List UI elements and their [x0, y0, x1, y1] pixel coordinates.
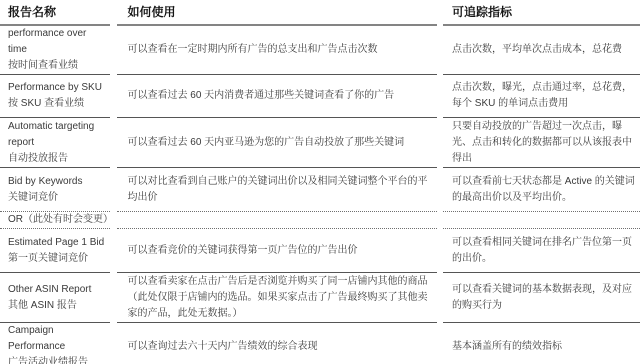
metrics-cell: 只要自动投放的广告超过一次点击，曝光、点击和转化的数据都可以从该报表中得出: [443, 118, 640, 168]
usage-cell: 可以查看过去 60 天内消费者通过那些关键词查看了你的广告: [117, 75, 437, 118]
report-table: 报告名称 如何使用 可追踪指标 performance over time 按时…: [0, 0, 640, 364]
metrics-cell: 可以查看相同关键词在排名广告位第一页的出价。: [443, 229, 640, 273]
usage-cell: 可以查看竞价的关键词获得第一页广告位的广告出价: [117, 229, 437, 273]
or-divider-row: OR（此处有时会变更）: [0, 211, 640, 229]
column-header-report-name: 报告名称: [0, 0, 110, 26]
report-name-cell: Campaign Performance 广告活动业绩报告: [0, 323, 110, 364]
metrics-cell: 可以查看关键词的基本数据表现，及对应的购买行为: [443, 273, 640, 323]
usage-cell: 可以查询过去六十天内广告绩效的综合表现: [117, 323, 437, 364]
report-name-cn: 第一页关键词竞价: [8, 251, 108, 267]
report-name-cell: performance over time 按时间查看业绩: [0, 26, 110, 75]
table-row: Estimated Page 1 Bid 第一页关键词竞价 可以查看竞价的关键词…: [0, 229, 640, 273]
report-name-en: Campaign Performance: [8, 323, 108, 355]
empty-cell: [443, 211, 640, 229]
metrics-cell: 可以查看前七天状态都是 Active 的关键词的最高出价以及平均出价。: [443, 168, 640, 211]
or-label-cell: OR（此处有时会变更）: [0, 211, 110, 229]
usage-cell: 可以查看卖家在点击广告后是否浏览并购买了同一店铺内其他的商品（此处仅限于店铺内的…: [117, 273, 437, 323]
report-name-cn: 广告活动业绩报告: [8, 355, 108, 364]
usage-cell: 可以查看过去 60 天内亚马逊为您的广告自动投放了那些关键词: [117, 118, 437, 168]
report-name-cn: 关键词竞价: [8, 190, 108, 206]
column-header-how-to-use: 如何使用: [117, 0, 437, 26]
report-name-cn: 自动投放报告: [8, 151, 108, 167]
report-name-cell: Performance by SKU 按 SKU 查看业绩: [0, 75, 110, 118]
report-name-cell: Automatic targeting report 自动投放报告: [0, 118, 110, 168]
metrics-cell: 点击次数，平均单次点击成本，总花费: [443, 26, 640, 75]
ad-reports-table-page: 报告名称 如何使用 可追踪指标 performance over time 按时…: [0, 0, 640, 364]
empty-cell: [117, 211, 437, 229]
report-name-cell: Estimated Page 1 Bid 第一页关键词竞价: [0, 229, 110, 273]
report-name-en: Performance by SKU: [8, 80, 108, 96]
usage-cell: 可以对比查看到自己账户的关键词出价以及相同关键词整个平台的平均出价: [117, 168, 437, 211]
report-name-en: Bid by Keywords: [8, 174, 108, 190]
report-name-cell: Other ASIN Report 其他 ASIN 报告: [0, 273, 110, 323]
usage-cell: 可以查看在一定时期内所有广告的总支出和广告点击次数: [117, 26, 437, 75]
table-row: Performance by SKU 按 SKU 查看业绩 可以查看过去 60 …: [0, 75, 640, 118]
report-name-cn: 按时间查看业绩: [8, 58, 108, 74]
table-header-row: 报告名称 如何使用 可追踪指标: [0, 0, 640, 26]
report-name-en: Other ASIN Report: [8, 282, 108, 298]
table-row: performance over time 按时间查看业绩 可以查看在一定时期内…: [0, 26, 640, 75]
table-row: Campaign Performance 广告活动业绩报告 可以查询过去六十天内…: [0, 323, 640, 364]
metrics-cell: 基本涵盖所有的绩效指标: [443, 323, 640, 364]
report-name-en: Automatic targeting report: [8, 119, 108, 151]
report-name-cn: 其他 ASIN 报告: [8, 298, 108, 314]
report-name-en: performance over time: [8, 26, 108, 58]
column-header-trackable-metrics: 可追踪指标: [443, 0, 640, 26]
report-name-cn: 按 SKU 查看业绩: [8, 96, 108, 112]
metrics-cell: 点击次数，曝光，点击通过率，总花费，每个 SKU 的单词点击费用: [443, 75, 640, 118]
table-row: Other ASIN Report 其他 ASIN 报告 可以查看卖家在点击广告…: [0, 273, 640, 323]
table-row: Bid by Keywords 关键词竞价 可以对比查看到自己账户的关键词出价以…: [0, 168, 640, 211]
report-name-cell: Bid by Keywords 关键词竞价: [0, 168, 110, 211]
report-name-en: Estimated Page 1 Bid: [8, 235, 108, 251]
table-row: Automatic targeting report 自动投放报告 可以查看过去…: [0, 118, 640, 168]
